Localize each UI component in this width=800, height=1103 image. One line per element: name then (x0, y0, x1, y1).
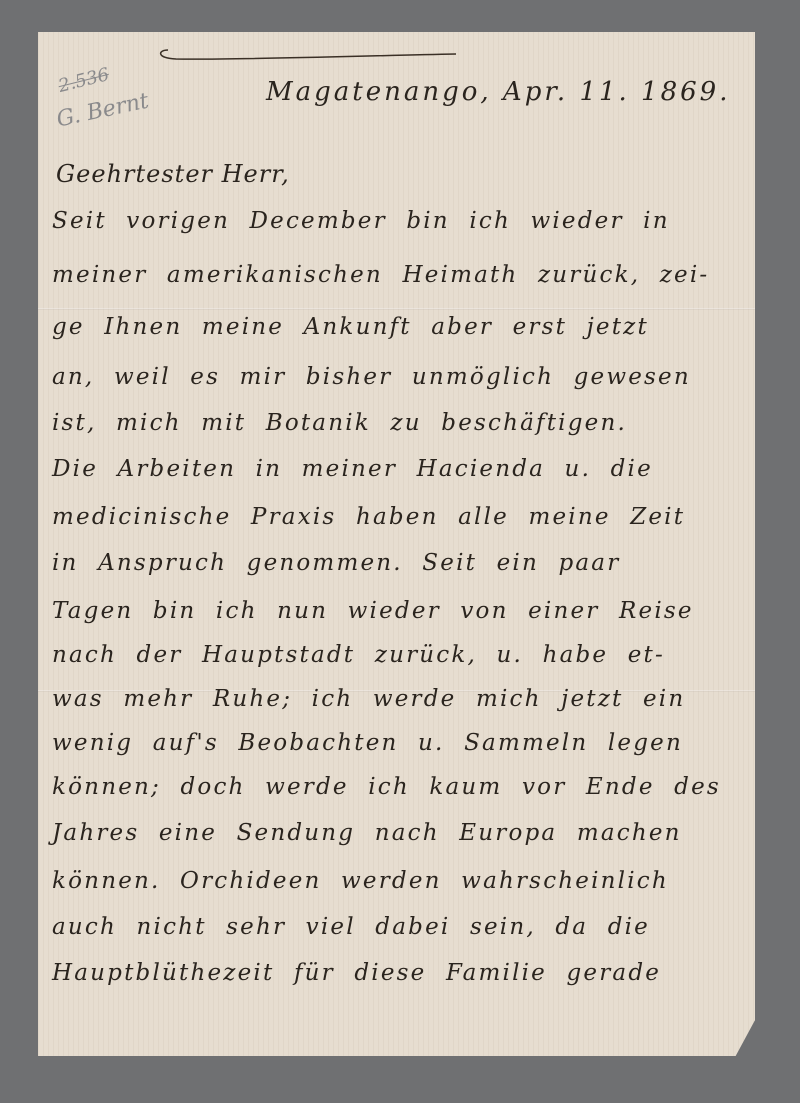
letter-page: 2.536 G. Bernt Magatenango, Apr. 11. 186… (38, 32, 755, 1056)
letter-line: Tagen bin ich nun wieder von einer Reise (52, 598, 694, 624)
letter-line: Jahres eine Sendung nach Europa machen (52, 820, 682, 846)
letter-line: ge Ihnen meine Ankunft aber erst jetzt (52, 314, 649, 340)
pen-flourish-icon (156, 46, 458, 66)
fold-line (38, 308, 755, 310)
letter-line: Die Arbeiten in meiner Hacienda u. die (52, 456, 653, 482)
letter-line: Hauptblüthezeit für diese Familie gerade (52, 960, 661, 986)
letter-line: in Anspruch genommen. Seit ein paar (52, 550, 620, 576)
letter-line: was mehr Ruhe; ich werde mich jetzt ein (52, 686, 685, 712)
letter-line: medicinische Praxis haben alle meine Zei… (52, 504, 685, 530)
salutation: Geehrtester Herr, (56, 160, 290, 188)
letter-line: können; doch werde ich kaum vor Ende des (52, 774, 721, 800)
archival-name: G. Bernt (54, 89, 151, 133)
letter-line: Seit vorigen December bin ich wieder in (52, 208, 670, 234)
letter-line: auch nicht sehr viel dabei sein, da die (52, 914, 650, 940)
letter-line: meiner amerikanischen Heimath zurück, ze… (52, 262, 709, 288)
letter-line: können. Orchideen werden wahrscheinlich (52, 868, 669, 894)
letter-line: ist, mich mit Botanik zu beschäftigen. (52, 410, 627, 436)
letter-line: wenig auf's Beobachten u. Sammeln legen (52, 730, 683, 756)
letter-line: an, weil es mir bisher unmöglich gewesen (52, 364, 691, 390)
letter-line: nach der Hauptstadt zurück, u. habe et- (52, 642, 665, 668)
dateline: Magatenango, Apr. 11. 1869. (266, 77, 731, 107)
archival-number: 2.536 (56, 64, 111, 97)
